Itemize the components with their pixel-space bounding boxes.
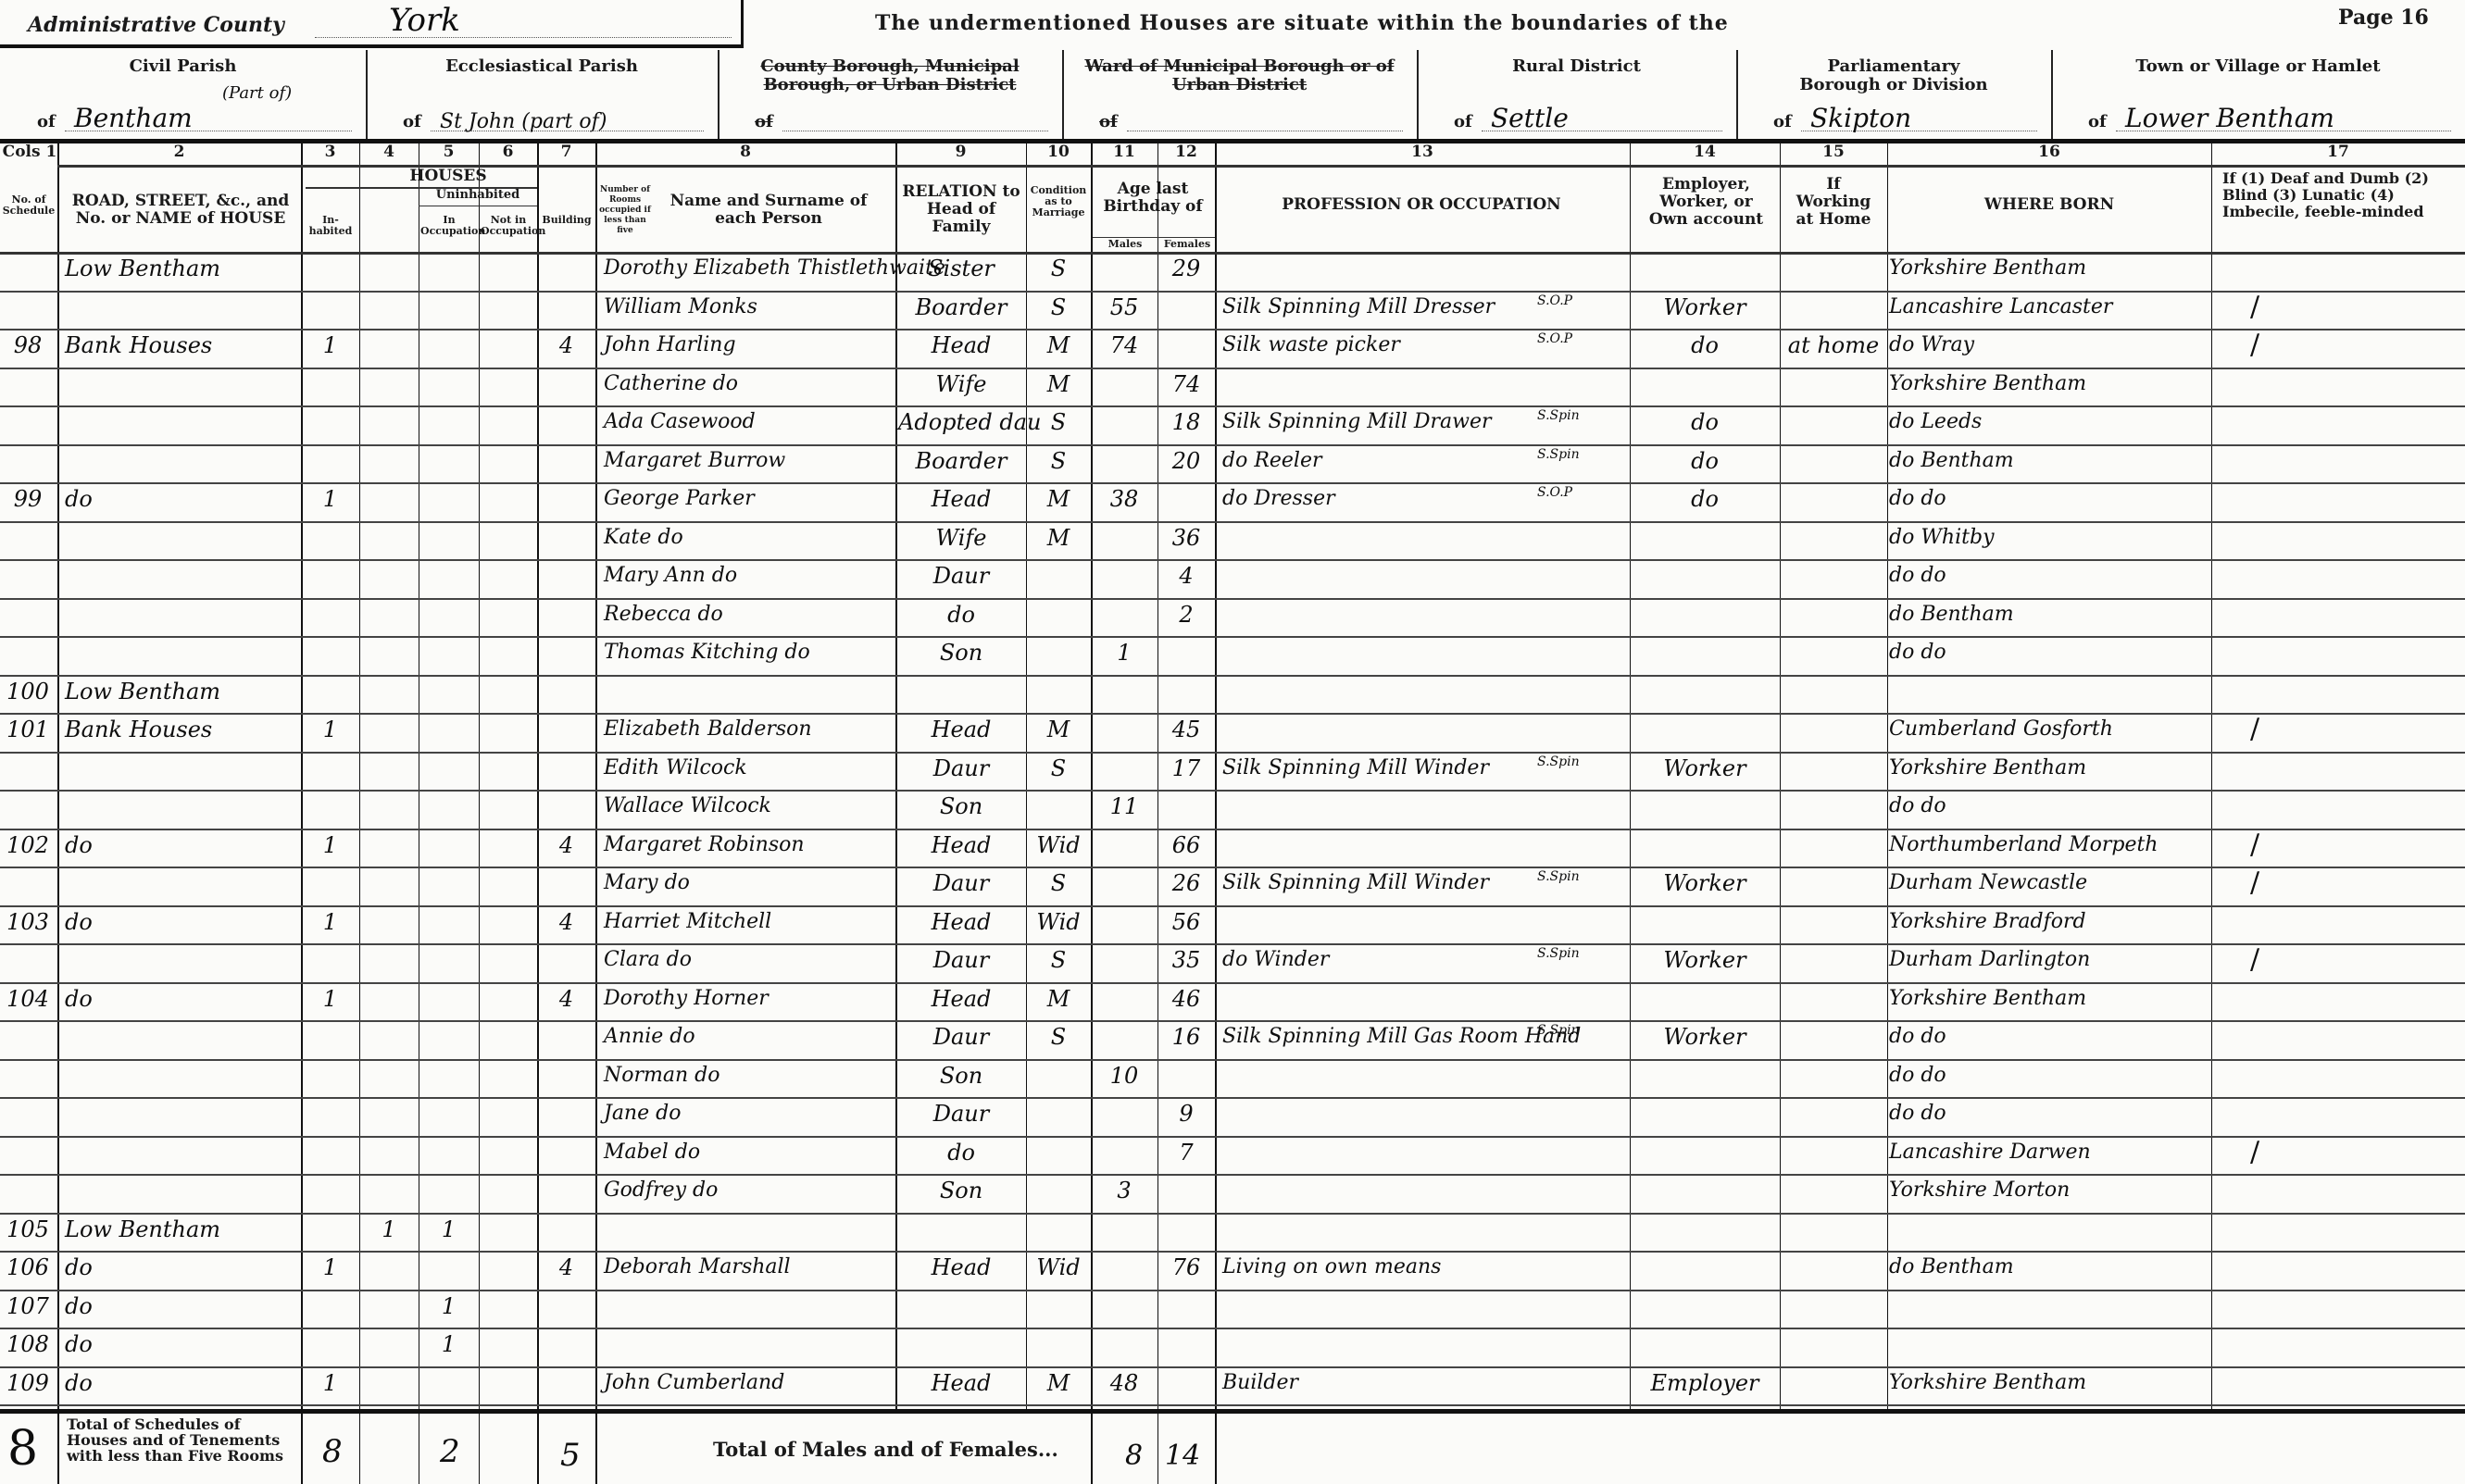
male-age: 3 xyxy=(1091,1172,1157,1209)
header-males: Males xyxy=(1093,239,1157,250)
relation-to-head: Wife xyxy=(898,519,1024,556)
birthplace: do do xyxy=(1889,1057,2209,1094)
infirmity: / xyxy=(2213,711,2465,748)
header-in-occupation: In Occupation xyxy=(420,215,478,237)
total-schedules-label: Total of Schedules of Houses and of Tene… xyxy=(67,1416,298,1464)
relation-to-head: Head xyxy=(898,480,1024,518)
marital-condition: S xyxy=(1026,443,1091,480)
birthplace: do do xyxy=(1889,634,2209,671)
female-age: 9 xyxy=(1157,1095,1215,1132)
inhabited-count: 1 xyxy=(301,327,359,364)
marital-condition: M xyxy=(1026,327,1091,364)
column-divider xyxy=(479,141,480,1484)
female-age: 16 xyxy=(1157,1018,1215,1055)
marital-condition: S xyxy=(1026,750,1091,787)
female-age: 18 xyxy=(1157,404,1215,441)
occupation-code-note: S.O.P xyxy=(1537,486,1572,499)
employment-status: do xyxy=(1632,480,1778,518)
administrative-county-label: Administrative County xyxy=(28,13,284,37)
person-name: Kate do xyxy=(604,519,893,556)
schedule-number: 98 xyxy=(0,327,56,364)
schedule-number: 99 xyxy=(0,480,56,518)
marital-condition: S xyxy=(1026,942,1091,979)
relation-to-head: do xyxy=(898,596,1024,633)
birthplace: do do xyxy=(1889,557,2209,594)
occupation-code-note: S.Spin xyxy=(1537,1024,1580,1037)
column-number: Cols 1 xyxy=(2,143,57,161)
birthplace: Lancashire Darwen xyxy=(1889,1134,2209,1171)
locality-county-borough: County Borough, Municipal Borough, or Ur… xyxy=(718,50,1064,139)
address: do xyxy=(65,980,296,1017)
locality-of: of xyxy=(2088,112,2107,131)
relation-to-head: Daur xyxy=(898,1018,1024,1055)
column-number: 14 xyxy=(1630,143,1780,161)
address: Bank Houses xyxy=(65,327,296,364)
locality-ecclesiastical-parish: Ecclesiastical Parish of St John (part o… xyxy=(366,50,719,139)
person-name: Catherine do xyxy=(604,366,893,403)
rooms-count: 4 xyxy=(537,904,595,941)
occupation-code-note: S.Spin xyxy=(1537,448,1580,461)
birthplace: Yorkshire Bentham xyxy=(1889,1365,2209,1402)
occupation-code-note: S.O.P xyxy=(1537,332,1572,345)
female-age: 35 xyxy=(1157,942,1215,979)
birthplace: Cumberland Gosforth xyxy=(1889,711,2209,748)
header-employment: Employer, Worker, or Own account xyxy=(1648,176,1764,229)
column-number: 12 xyxy=(1157,143,1215,161)
marital-condition: M xyxy=(1026,711,1091,748)
address: Low Bentham xyxy=(65,1211,296,1248)
person-name: George Parker xyxy=(604,480,893,518)
birthplace: Durham Newcastle xyxy=(1889,865,2209,902)
header-schedule-no: No. of Schedule xyxy=(2,194,56,217)
column-divider xyxy=(1887,141,1888,1410)
birthplace: Yorkshire Bentham xyxy=(1889,750,2209,787)
inhabited-count: 1 xyxy=(301,904,359,941)
column-number: 16 xyxy=(1887,143,2211,161)
header-inhabited: In-habited xyxy=(303,215,358,237)
locality-of: of xyxy=(37,112,56,131)
person-name: Margaret Burrow xyxy=(604,443,893,480)
working-at-home: at home xyxy=(1780,327,1887,364)
employment-status: Worker xyxy=(1632,1018,1778,1055)
person-name: Thomas Kitching do xyxy=(604,634,893,671)
rooms-count: 4 xyxy=(537,1249,595,1286)
header-occupation: PROFESSION OR OCCUPATION xyxy=(1232,196,1611,214)
infirmity: / xyxy=(2213,865,2465,902)
person-name: Dorothy Horner xyxy=(604,980,893,1017)
marital-condition: Wid xyxy=(1026,904,1091,941)
schedule-number: 102 xyxy=(0,827,56,864)
birthplace: do do xyxy=(1889,788,2209,825)
birthplace: Yorkshire Bentham xyxy=(1889,980,2209,1017)
inhabited-count: 1 xyxy=(301,711,359,748)
female-age: 4 xyxy=(1157,557,1215,594)
relation-to-head: Boarder xyxy=(898,443,1024,480)
row-rule xyxy=(0,1328,2465,1329)
total-persons-label: Total of Males and of Females... xyxy=(713,1438,1058,1461)
person-name: Deborah Marshall xyxy=(604,1249,893,1286)
birthplace: Yorkshire Bentham xyxy=(1889,366,2209,403)
person-name: Norman do xyxy=(604,1057,893,1094)
locality-ward: Ward of Municipal Borough or of Urban Di… xyxy=(1062,50,1419,139)
header-name: Name and Surname of each Person xyxy=(648,193,889,228)
relation-to-head: Daur xyxy=(898,750,1024,787)
relation-to-head: Head xyxy=(898,1249,1024,1286)
birthplace: do Leeds xyxy=(1889,404,2209,441)
birthplace: Northumberland Morpeth xyxy=(1889,827,2209,864)
total-schedules: 8 xyxy=(7,1421,38,1477)
inhabited-count: 1 xyxy=(301,827,359,864)
locality-value: Skipton xyxy=(1810,103,1911,133)
relation-to-head: Head xyxy=(898,711,1024,748)
address: Bank Houses xyxy=(65,711,296,748)
column-number: 10 xyxy=(1026,143,1091,161)
person-name: Elizabeth Balderson xyxy=(604,711,893,748)
infirmity: / xyxy=(2213,289,2465,326)
header-uninhabited-group: Uninhabited xyxy=(419,190,537,201)
birthplace: do Bentham xyxy=(1889,443,2209,480)
locality-of: of xyxy=(403,112,421,131)
occupation-code-note: S.Spin xyxy=(1537,755,1580,768)
column-divider xyxy=(1630,141,1631,1410)
occupation-code-note: S.Spin xyxy=(1537,947,1580,960)
relation-to-head: Daur xyxy=(898,557,1024,594)
female-age: 7 xyxy=(1157,1134,1215,1171)
header-road-street: ROAD, STREET, &c., and No. or NAME of HO… xyxy=(65,193,296,228)
locality-rural-district: Rural District of Settle xyxy=(1417,50,1738,139)
female-age: 46 xyxy=(1157,980,1215,1017)
address: do xyxy=(65,1326,296,1363)
relation-to-head: Son xyxy=(898,788,1024,825)
male-age: 48 xyxy=(1091,1365,1157,1402)
schedule-number: 108 xyxy=(0,1326,56,1363)
header-where-born: WHERE BORN xyxy=(1889,196,2209,214)
birthplace: do Whitby xyxy=(1889,519,2209,556)
marital-condition: M xyxy=(1026,366,1091,403)
relation-to-head: Son xyxy=(898,634,1024,671)
schedule-number: 100 xyxy=(0,673,56,710)
employment-status: Worker xyxy=(1632,942,1778,979)
inhabited-count: 1 xyxy=(301,980,359,1017)
female-age: 17 xyxy=(1157,750,1215,787)
row-rule xyxy=(0,675,2465,677)
birthplace: Lancashire Lancaster xyxy=(1889,289,2209,326)
address: Low Bentham xyxy=(65,673,296,710)
inhabited-count: 1 xyxy=(301,480,359,518)
column-divider xyxy=(1215,141,1217,1484)
infirmity: / xyxy=(2213,327,2465,364)
rooms-count: 4 xyxy=(537,980,595,1017)
marital-condition: S xyxy=(1026,404,1091,441)
occupation: Living on own means xyxy=(1222,1249,1620,1286)
employment-status: do xyxy=(1632,327,1778,364)
column-divider xyxy=(359,141,360,1484)
locality-label: Parliamentary Borough or Division xyxy=(1736,57,2051,94)
uninhabited-not-in-occupation: 1 xyxy=(419,1326,479,1363)
male-age: 11 xyxy=(1091,788,1157,825)
employment-status: Employer xyxy=(1632,1365,1778,1402)
address: do xyxy=(65,1288,296,1325)
employment-status: do xyxy=(1632,404,1778,441)
schedule-number: 109 xyxy=(0,1365,56,1402)
relation-to-head: Sister xyxy=(898,250,1024,287)
relation-to-head: Son xyxy=(898,1172,1024,1209)
column-divider xyxy=(895,141,897,1410)
rooms-count: 4 xyxy=(537,327,595,364)
occupation-code-note: S.O.P xyxy=(1537,294,1572,307)
locality-rule xyxy=(1127,131,1403,131)
relation-to-head: Daur xyxy=(898,942,1024,979)
female-age: 76 xyxy=(1157,1249,1215,1286)
page-heading: The undermentioned Houses are situate wi… xyxy=(875,11,1729,35)
person-name: Godfrey do xyxy=(604,1172,893,1209)
person-name: Harriet Mitchell xyxy=(604,904,893,941)
header-not-in-occupation: Not in Occupation xyxy=(481,215,536,237)
infirmity: / xyxy=(2213,827,2465,864)
person-name: Rebecca do xyxy=(604,596,893,633)
occupation: Builder xyxy=(1222,1365,1620,1402)
employment-status: do xyxy=(1632,443,1778,480)
marital-condition: S xyxy=(1026,865,1091,902)
locality-of: of xyxy=(755,112,773,131)
inhabited-count: 1 xyxy=(301,1365,359,1402)
header-condition: Condition as to Marriage xyxy=(1028,185,1089,218)
male-age: 1 xyxy=(1091,634,1157,671)
schedule-number: 104 xyxy=(0,980,56,1017)
column-divider xyxy=(2211,141,2212,1410)
person-name: Ada Casewood xyxy=(604,404,893,441)
column-number: 9 xyxy=(895,143,1026,161)
row-rule xyxy=(0,1290,2465,1291)
person-name: Wallace Wilcock xyxy=(604,788,893,825)
address: do xyxy=(65,1249,296,1286)
column-number: 8 xyxy=(595,143,895,161)
column-number: 7 xyxy=(537,143,595,161)
birthplace: Yorkshire Morton xyxy=(1889,1172,2209,1209)
person-name: Annie do xyxy=(604,1018,893,1055)
relation-to-head: Adopted dau xyxy=(898,404,1024,441)
marital-condition: Wid xyxy=(1026,1249,1091,1286)
header-working-at-home: If Working at Home xyxy=(1792,176,1875,229)
male-age: 38 xyxy=(1091,480,1157,518)
schedule-number: 105 xyxy=(0,1211,56,1248)
female-age: 56 xyxy=(1157,904,1215,941)
birthplace: do Wray xyxy=(1889,327,2209,364)
employment-status: Worker xyxy=(1632,289,1778,326)
male-age: 55 xyxy=(1091,289,1157,326)
locality-label: Rural District xyxy=(1417,57,1736,76)
totals-divider xyxy=(0,1409,2465,1414)
administrative-county-rule xyxy=(315,37,732,38)
female-age: 45 xyxy=(1157,711,1215,748)
locality-label: Civil Parish xyxy=(0,57,366,76)
column-divider xyxy=(57,141,59,1484)
relation-to-head: Head xyxy=(898,1365,1024,1402)
relation-to-head: Head xyxy=(898,827,1024,864)
uninhabited-not-in-occupation: 1 xyxy=(419,1288,479,1325)
row-rule xyxy=(0,1404,2465,1406)
female-age: 66 xyxy=(1157,827,1215,864)
infirmity: / xyxy=(2213,942,2465,979)
relation-to-head: Head xyxy=(898,904,1024,941)
column-number: 2 xyxy=(57,143,301,161)
locality-of: of xyxy=(1099,112,1118,131)
birthplace: do do xyxy=(1889,1095,2209,1132)
male-age: 74 xyxy=(1091,327,1157,364)
female-age: 74 xyxy=(1157,366,1215,403)
person-name: Mabel do xyxy=(604,1134,893,1171)
person-name: Clara do xyxy=(604,942,893,979)
relation-to-head: Son xyxy=(898,1057,1024,1094)
uninhabited-in-occupation: 1 xyxy=(359,1211,419,1248)
female-age: 20 xyxy=(1157,443,1215,480)
person-name: Jane do xyxy=(604,1095,893,1132)
header-females: Females xyxy=(1159,239,1215,250)
birthplace: do Bentham xyxy=(1889,596,2209,633)
marital-condition: S xyxy=(1026,289,1091,326)
total-rooms: 5 xyxy=(560,1437,581,1474)
locality-value: Bentham xyxy=(74,103,193,133)
total-males: 8 xyxy=(1125,1440,1143,1472)
birthplace: do Bentham xyxy=(1889,1249,2209,1286)
locality-label: Ecclesiastical Parish xyxy=(366,57,718,76)
address: do xyxy=(65,480,296,518)
header-infirmity: If (1) Deaf and Dumb (2) Blind (3) Lunat… xyxy=(2222,170,2454,220)
occupation-code-note: S.Spin xyxy=(1537,870,1580,883)
column-number: 6 xyxy=(479,143,537,161)
total-not-in-occupation: 2 xyxy=(440,1433,460,1470)
relation-to-head: Wife xyxy=(898,366,1024,403)
schedule-number: 103 xyxy=(0,904,56,941)
column-number: 15 xyxy=(1780,143,1887,161)
locality-note: (Part of) xyxy=(222,83,292,103)
relation-to-head: Daur xyxy=(898,1095,1024,1132)
relation-to-head: do xyxy=(898,1134,1024,1171)
locality-rule xyxy=(782,131,1048,131)
female-age: 29 xyxy=(1157,250,1215,287)
total-inhabited: 8 xyxy=(322,1433,343,1470)
marital-condition: Wid xyxy=(1026,827,1091,864)
person-name: John Harling xyxy=(604,327,893,364)
locality-value: St John (part of) xyxy=(440,110,607,133)
column-divider xyxy=(595,141,597,1484)
locality-of: of xyxy=(1454,112,1472,131)
marital-condition: S xyxy=(1026,250,1091,287)
employment-status: Worker xyxy=(1632,865,1778,902)
birthplace: Durham Darlington xyxy=(1889,942,2209,979)
schedule-number: 106 xyxy=(0,1249,56,1286)
column-number: 3 xyxy=(301,143,359,161)
locality-label: Town or Village or Hamlet xyxy=(2051,57,2465,76)
marital-condition: M xyxy=(1026,480,1091,518)
header-relation: RELATION to Head of Family xyxy=(898,183,1024,236)
locality-label: County Borough, Municipal Borough, or Ur… xyxy=(718,57,1062,94)
column-number: 17 xyxy=(2211,143,2465,161)
locality-label: Ward of Municipal Borough or of Urban Di… xyxy=(1062,57,1417,94)
person-name: Mary Ann do xyxy=(604,557,893,594)
locality-town-village: Town or Village or Hamlet of Lower Benth… xyxy=(2051,50,2465,139)
address: do xyxy=(65,904,296,941)
address: do xyxy=(65,1365,296,1402)
person-name: Margaret Robinson xyxy=(604,827,893,864)
header-houses-group: HOUSES xyxy=(359,168,537,185)
administrative-county-value: York xyxy=(389,2,460,39)
schedule-number: 101 xyxy=(0,711,56,748)
relation-to-head: Head xyxy=(898,327,1024,364)
infirmity: / xyxy=(2213,1134,2465,1171)
marital-condition: S xyxy=(1026,1018,1091,1055)
header-rooms: Number of Rooms occupied if less than fi… xyxy=(597,185,653,236)
female-age: 2 xyxy=(1157,596,1215,633)
birthplace: do do xyxy=(1889,1018,2209,1055)
person-name: Edith Wilcock xyxy=(604,750,893,787)
male-age: 10 xyxy=(1091,1057,1157,1094)
locality-of: of xyxy=(1773,112,1792,131)
address: Low Bentham xyxy=(65,250,296,287)
total-females: 14 xyxy=(1165,1440,1200,1472)
locality-value: Settle xyxy=(1491,103,1569,133)
birthplace: do do xyxy=(1889,480,2209,518)
occupation-code-note: S.Spin xyxy=(1537,409,1580,422)
person-name: William Monks xyxy=(604,289,893,326)
schedule-number: 107 xyxy=(0,1288,56,1325)
rooms-count: 4 xyxy=(537,827,595,864)
locality-parliamentary-borough: Parliamentary Borough or Division of Ski… xyxy=(1736,50,2053,139)
locality-civil-parish: Civil Parish (Part of) of Bentham xyxy=(0,50,368,139)
relation-to-head: Head xyxy=(898,980,1024,1017)
locality-value: Lower Bentham xyxy=(2125,103,2334,133)
relation-to-head: Boarder xyxy=(898,289,1024,326)
uninhabited-not-in-occupation: 1 xyxy=(419,1211,479,1248)
page-number: Page 16 xyxy=(2338,6,2429,30)
column-number: 11 xyxy=(1091,143,1157,161)
marital-condition: M xyxy=(1026,1365,1091,1402)
column-number: 4 xyxy=(359,143,419,161)
birthplace: Yorkshire Bentham xyxy=(1889,250,2209,287)
column-number: 5 xyxy=(419,143,479,161)
person-name: Mary do xyxy=(604,865,893,902)
female-age: 36 xyxy=(1157,519,1215,556)
marital-condition: M xyxy=(1026,519,1091,556)
female-age: 26 xyxy=(1157,865,1215,902)
employment-status: Worker xyxy=(1632,750,1778,787)
marital-condition: M xyxy=(1026,980,1091,1017)
birthplace: Yorkshire Bradford xyxy=(1889,904,2209,941)
column-divider xyxy=(419,141,419,1484)
person-name: John Cumberland xyxy=(604,1365,893,1402)
relation-to-head: Daur xyxy=(898,865,1024,902)
header-age-last-birthday: Age last Birthday of xyxy=(1093,181,1213,216)
header-building: Building xyxy=(539,215,594,226)
column-number: 13 xyxy=(1215,143,1630,161)
uninhabited-group-rule xyxy=(419,206,537,206)
inhabited-count: 1 xyxy=(301,1249,359,1286)
address: do xyxy=(65,827,296,864)
person-name: Dorothy Elizabeth Thistlethwaite xyxy=(604,250,893,287)
